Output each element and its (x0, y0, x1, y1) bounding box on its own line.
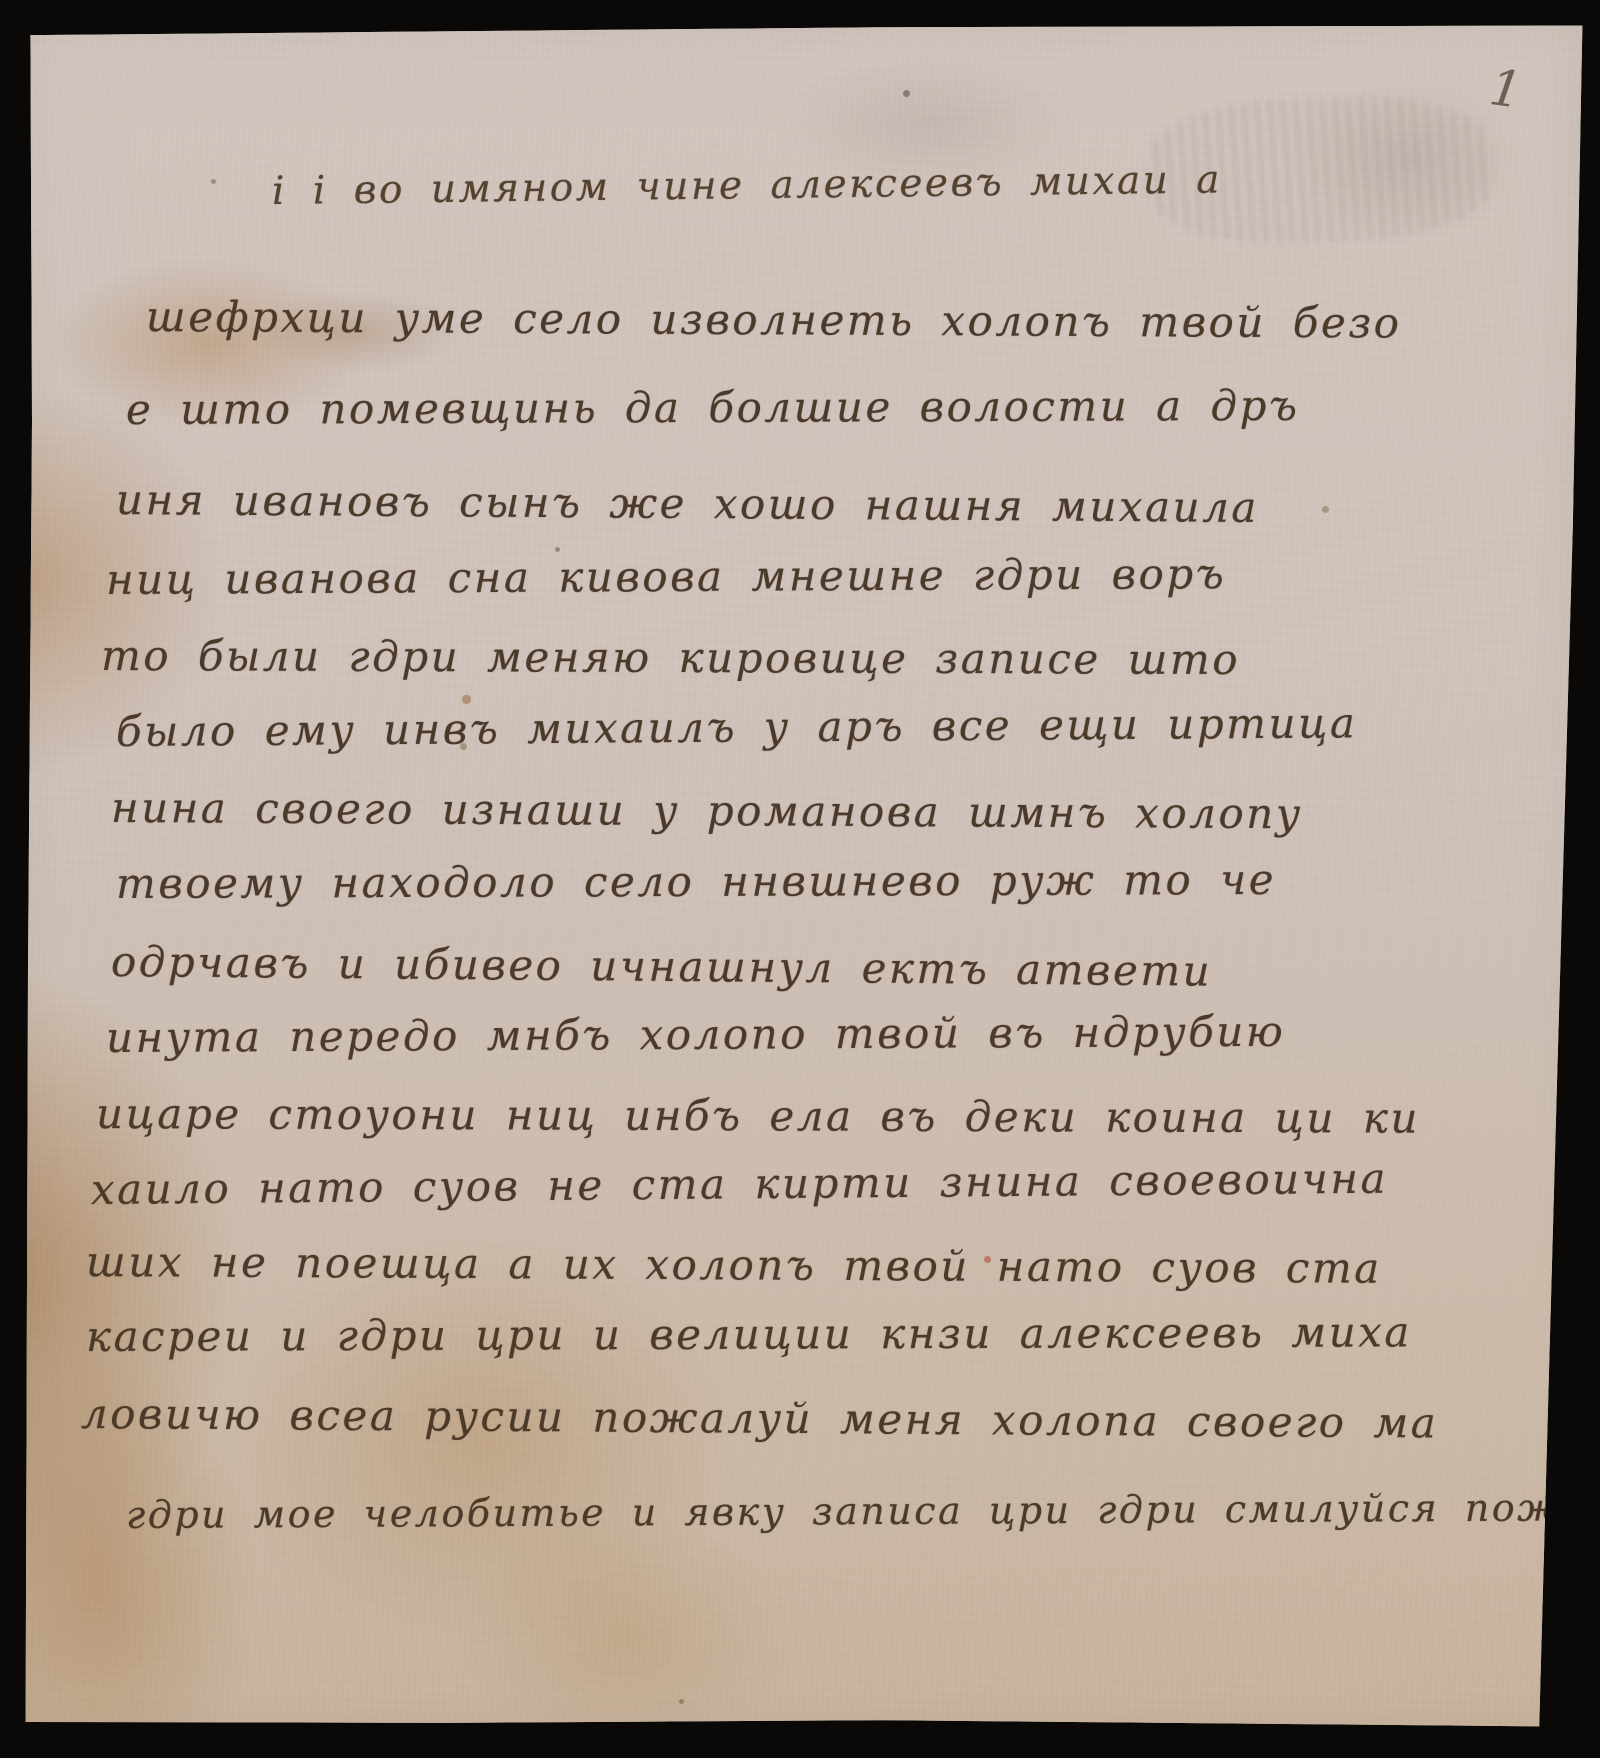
ink-bleed-through-patch (1143, 92, 1498, 249)
manuscript-line: одрчавъ и ибивео ичнашнул ектъ атвети (111, 941, 1213, 993)
stain-blotch (250, 292, 460, 372)
manuscript-line: твоему находоло село ннвшнево руж то че (116, 859, 1276, 905)
manuscript-line: хаило нато суов не ста кирти знина своев… (91, 1158, 1388, 1211)
manuscript-line: было ему инвъ михаилъ у аръ все ещи ирти… (116, 702, 1358, 753)
manuscript-line: касреи и гдри цри и велиции кнзи алексее… (86, 1311, 1412, 1358)
manuscript-lines: і і во имяном чине алексеевъ михаи ашефр… (0, 0, 1600, 1758)
manuscript-line: ицаре стоуони ниц инбъ ела въ деки коина… (96, 1093, 1420, 1140)
manuscript-line: ловичю всеа русии пожалуй меня холопа св… (81, 1393, 1439, 1444)
manuscript-paper: і і во имяном чине алексеевъ михаи ашефр… (0, 0, 1600, 1758)
page-number: 1 (1486, 58, 1526, 120)
manuscript-line: ших не поешца а их холопъ твой нато суов… (86, 1241, 1382, 1290)
manuscript-line: иня ивановъ сынъ же хошо нашня михаила (116, 479, 1259, 529)
manuscript-line: і і во имяном чине алексеевъ михаи а (272, 160, 1222, 211)
ink-specks (0, 0, 3, 3)
manuscript-line: шефрхци уме село изволнеть холопъ твой б… (146, 296, 1402, 345)
manuscript-line: ниц иванова сна кивова мнешне гдри воръ (106, 553, 1226, 601)
manuscript-line: нина своего изнаши у романова шмнъ холоп… (111, 787, 1303, 835)
manuscript-line: гдри мое челобитье и явку записа цри гдр… (126, 1488, 1600, 1534)
manuscript-line: е што помевщинь да болшие волости а дръ (126, 385, 1300, 431)
photo-background: і і во имяном чине алексеевъ михаи ашефр… (0, 0, 1600, 1758)
paper-texture (0, 0, 1600, 1758)
manuscript-line: инута передо мнбъ холопо твой въ ндрубию (106, 1011, 1286, 1059)
manuscript-line: то были гдри меняю кировице записе што (101, 635, 1240, 681)
